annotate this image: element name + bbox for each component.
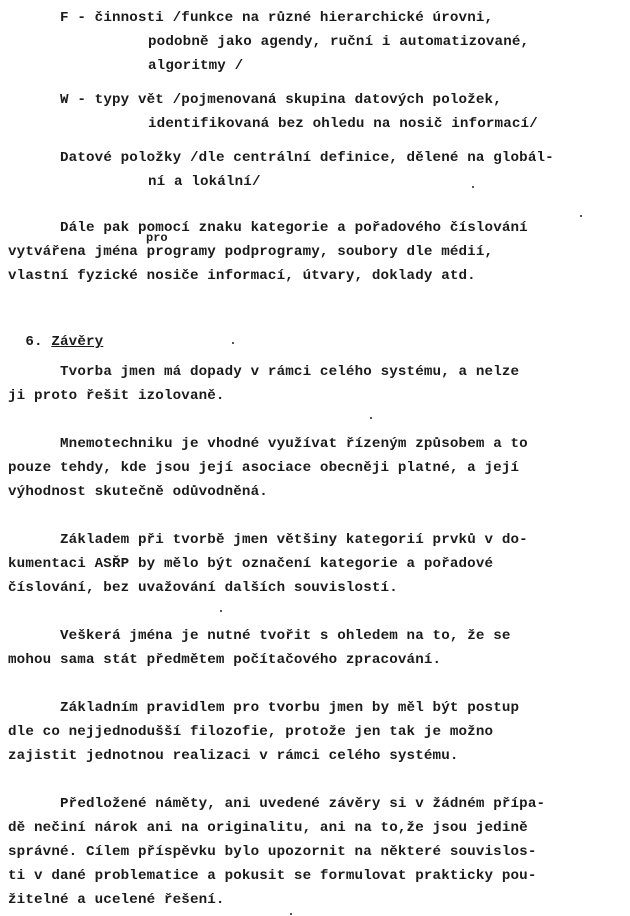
- scan-speck: [472, 186, 474, 188]
- text-line: ti v dané problematice a pokusit se form…: [8, 866, 537, 886]
- text-line: F - činnosti /funkce na různé hierarchic…: [60, 8, 493, 28]
- text-line: žitelné a ucelené řešení.: [8, 890, 225, 910]
- text-line: ji proto řešit izolovaně.: [8, 386, 225, 406]
- text-line: identifikovaná bez ohledu na nosič infor…: [148, 114, 538, 134]
- text-line: dě nečiní nárok ani na originalitu, ani …: [8, 818, 528, 838]
- text-line: podobně jako agendy, ruční i automatizov…: [148, 32, 529, 52]
- text-line: kumentaci ASŘP by mělo být označení kate…: [8, 554, 493, 574]
- text-line: mohou sama stát předmětem počítačového z…: [8, 650, 441, 670]
- section-title: Závěry: [51, 334, 103, 350]
- scan-speck: [290, 913, 292, 915]
- text-line: algoritmy /: [148, 56, 243, 76]
- text-line: Veškerá jména je nutné tvořit s ohledem …: [60, 626, 511, 646]
- section-number: 6.: [25, 334, 42, 350]
- text-line: výhodnost skutečně odůvodněná.: [8, 482, 268, 502]
- section-heading: 6. Závěry: [8, 312, 103, 352]
- text-line: pouze tehdy, kde jsou její asociace obec…: [8, 458, 519, 478]
- text-line: Dále pak pomocí znaku kategorie a pořado…: [60, 218, 528, 238]
- text-line: Základním pravidlem pro tvorbu jmen by m…: [60, 698, 519, 718]
- text-line: Datové položky /dle centrální definice, …: [60, 148, 554, 168]
- scan-speck: [370, 417, 372, 419]
- scan-speck: [220, 610, 222, 612]
- scan-speck: [580, 215, 582, 217]
- text-line: W - typy vět /pojmenovaná skupina datový…: [60, 90, 502, 110]
- text-line: Tvorba jmen má dopady v rámci celého sys…: [60, 362, 519, 382]
- text-line: číslování, bez uvažování dalších souvisl…: [8, 578, 398, 598]
- text-line: zajistit jednotnou realizaci v rámci cel…: [8, 746, 459, 766]
- text-line: Mnemotechniku je vhodné využívat řízeným…: [60, 434, 528, 454]
- text-line: Základem při tvorbě jmen většiny kategor…: [60, 530, 528, 550]
- scan-speck: [232, 342, 234, 344]
- text-line: vlastní fyzické nosiče informací, útvary…: [8, 266, 476, 286]
- text-line: Předložené náměty, ani uvedené závěry si…: [60, 794, 545, 814]
- text-line: ní a lokální/: [148, 172, 261, 192]
- text-line: správné. Cílem příspěvku bylo upozornit …: [8, 842, 537, 862]
- text-line: dle co nejjednodušší filozofie, protože …: [8, 722, 493, 742]
- text-line: vytvářena jména programy podprogramy, so…: [8, 242, 493, 262]
